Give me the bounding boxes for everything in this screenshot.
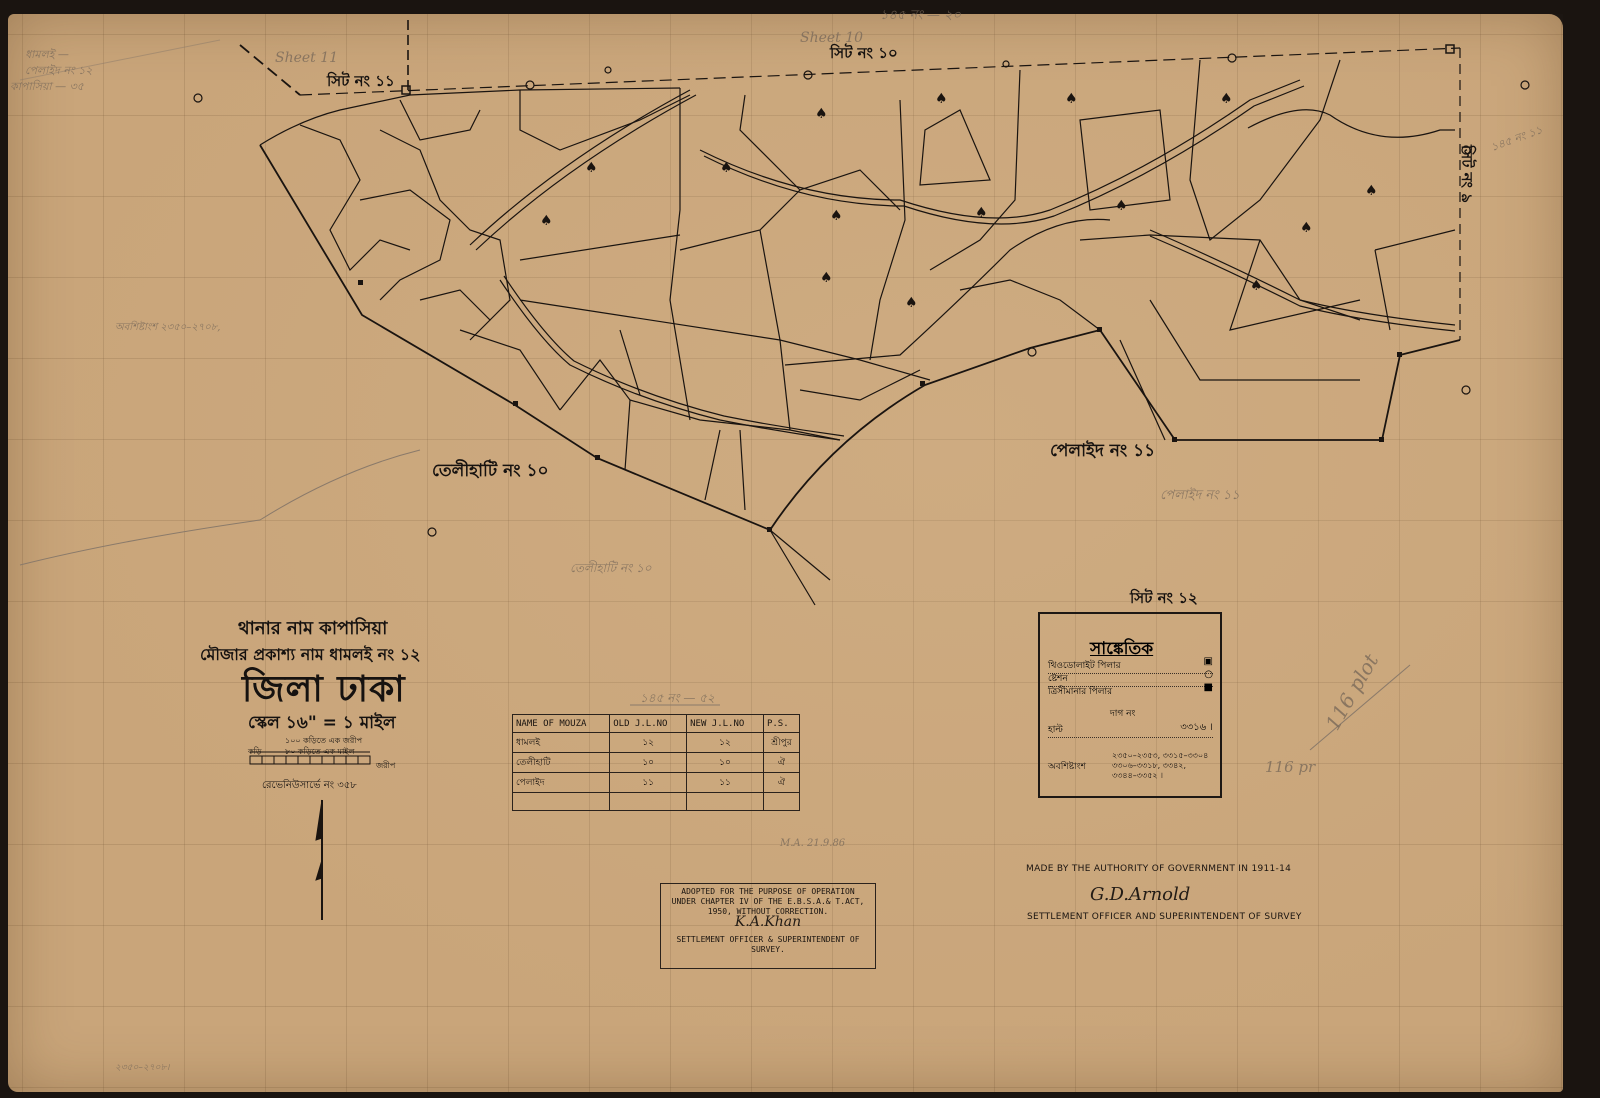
pencil-note: M.A. 21.9.86 bbox=[780, 838, 845, 849]
svg-text:♠: ♠ bbox=[1250, 278, 1263, 294]
col-header: OLD J.L.NO bbox=[610, 715, 687, 733]
cell: ঐ bbox=[763, 753, 799, 773]
svg-text:♠: ♠ bbox=[1220, 91, 1233, 107]
cell bbox=[610, 793, 687, 811]
officer-title: SETTLEMENT OFFICER AND SUPERINTENDENT OF… bbox=[1027, 912, 1302, 922]
thana-name: থানার নাম কাপাসিয়া bbox=[238, 614, 387, 645]
legend-box: সাঙ্কেতিক থিওডোলাইট পিলার▣ ষ্টেশন○ ত্রিস… bbox=[1038, 612, 1222, 798]
cell: ১১ bbox=[610, 773, 687, 793]
pencil-note: Sheet 10 bbox=[800, 30, 863, 46]
cell: শ্রীপুর bbox=[763, 733, 799, 753]
svg-text:♠: ♠ bbox=[1300, 220, 1313, 236]
cell: ১২ bbox=[610, 733, 687, 753]
table-row: পেলাইদ ১১ ১১ ঐ bbox=[513, 773, 800, 793]
legend-label: দাগ নং bbox=[1110, 709, 1135, 719]
table-row bbox=[513, 793, 800, 811]
legend-label: ষ্টেশন bbox=[1048, 674, 1068, 684]
table-row: তেলীহাটি ১০ ১০ ঐ bbox=[513, 753, 800, 773]
legend-row: দাগ নং bbox=[1110, 706, 1170, 721]
cell: ১০ bbox=[687, 753, 764, 773]
sheet-label-11: সিট নং ১১ bbox=[327, 70, 395, 95]
pencil-note: ১৪৫ নং — ৫২ bbox=[640, 690, 715, 710]
stamp-line: SURVEY. bbox=[661, 945, 875, 955]
sheet-label-12: সিট নং ১২ bbox=[1130, 587, 1198, 612]
svg-text:♠: ♠ bbox=[905, 295, 918, 311]
station-icon: ○ bbox=[1204, 669, 1213, 680]
col-header: NEW J.L.NO bbox=[687, 715, 764, 733]
cell: পেলাইদ bbox=[513, 773, 610, 793]
tri-junction-pillar-icon: ■ bbox=[1204, 682, 1213, 693]
cell bbox=[763, 793, 799, 811]
stamp-line: SETTLEMENT OFFICER & SUPERINTENDENT OF bbox=[661, 935, 875, 945]
svg-text:♠: ♠ bbox=[1365, 183, 1378, 199]
legend-row: হাল্ট৩৩১৬ । bbox=[1048, 722, 1213, 738]
pencil-note: অবশিষ্টাংশ ২৩৫০–২৭০৮, bbox=[115, 320, 220, 337]
pencil-note: Sheet 11 bbox=[275, 50, 338, 66]
table-row: ধামলই ১২ ১২ শ্রীপুর bbox=[513, 733, 800, 753]
scale-end-label: জরীপ bbox=[376, 760, 395, 773]
scale-note-2: ৮০ কড়িতে এক মাইল bbox=[285, 746, 354, 759]
adoption-stamp: ADOPTED FOR THE PURPOSE OF OPERATION UND… bbox=[660, 883, 876, 969]
cell bbox=[513, 793, 610, 811]
theodolite-pillar-icon: ▣ bbox=[1204, 656, 1213, 667]
table-header-row: NAME OF MOUZA OLD J.L.NO NEW J.L.NO P.S. bbox=[513, 715, 800, 733]
stamp-line: ADOPTED FOR THE PURPOSE OF OPERATION bbox=[661, 887, 875, 897]
col-header: NAME OF MOUZA bbox=[513, 715, 610, 733]
svg-text:♠: ♠ bbox=[540, 213, 553, 229]
adjacent-mouza-pelaid: পেলাইদ নং ১১ bbox=[1050, 438, 1155, 466]
traverse-number: রেভেনিউসার্ভে নং ৩৫৮ bbox=[262, 778, 357, 795]
legend-label: থিওডোলাইট পিলার bbox=[1048, 661, 1121, 671]
pencil-note: তেলীহাটি নং ১০ bbox=[570, 560, 652, 580]
cell bbox=[687, 793, 764, 811]
cell: ১১ bbox=[687, 773, 764, 793]
authority-text: MADE BY THE AUTHORITY OF GOVERNMENT IN 1… bbox=[1026, 864, 1291, 874]
legend-footnote-value: ৩৩৪৪–৩৩৫২ । bbox=[1112, 770, 1163, 783]
pencil-note: কাপাসিয়া — ৩৫ bbox=[10, 78, 84, 97]
svg-text:♠: ♠ bbox=[585, 160, 598, 176]
scale-unit: কড়ি bbox=[248, 746, 262, 759]
mouza-table: NAME OF MOUZA OLD J.L.NO NEW J.L.NO P.S.… bbox=[512, 714, 800, 811]
adjacent-mouza-telihati: তেলীহাটি নং ১০ bbox=[432, 458, 549, 486]
map-scale: স্কেল ১৬" = ১ মাইল bbox=[248, 710, 396, 738]
north-arrow bbox=[316, 800, 322, 920]
svg-text:♠: ♠ bbox=[720, 160, 733, 176]
cell: ঐ bbox=[763, 773, 799, 793]
legend-footnote-label: অবশিষ্টাংশ bbox=[1048, 759, 1086, 774]
cell: ১০ bbox=[610, 753, 687, 773]
legend-label: ত্রিসীমানার পিলার bbox=[1048, 687, 1112, 697]
legend-value: ৩৩১৬ । bbox=[1180, 720, 1213, 737]
svg-text:♠: ♠ bbox=[830, 208, 843, 224]
pencil-note: পেলাইদ নং ১১ bbox=[1160, 486, 1240, 507]
legend-label: হাল্ট bbox=[1048, 725, 1063, 735]
stamp-signature: K.A.Khan bbox=[661, 917, 875, 935]
legend-row: ত্রিসীমানার পিলার■ bbox=[1048, 684, 1213, 699]
svg-text:♠: ♠ bbox=[1065, 91, 1078, 107]
pencil-note: ২৩৫০–২৭০৮। bbox=[115, 1060, 170, 1075]
cell: ১২ bbox=[687, 733, 764, 753]
stamp-line: UNDER CHAPTER IV OF THE E.B.S.A.& T.ACT, bbox=[661, 897, 875, 907]
svg-text:♠: ♠ bbox=[820, 270, 833, 286]
cell: ধামলই bbox=[513, 733, 610, 753]
pencil-note: 116 pr bbox=[1265, 758, 1315, 776]
col-header: P.S. bbox=[763, 715, 799, 733]
svg-text:♠: ♠ bbox=[815, 106, 828, 122]
pencil-note: ১৪৫ নং — ২০ bbox=[880, 6, 961, 27]
sheet-label-9: সিট নং ৯ bbox=[1453, 145, 1478, 203]
svg-text:♠: ♠ bbox=[1115, 198, 1128, 214]
svg-text:♠: ♠ bbox=[935, 91, 948, 107]
cell: তেলীহাটি bbox=[513, 753, 610, 773]
svg-text:♠: ♠ bbox=[975, 205, 988, 221]
authority-signature: G.D.Arnold bbox=[1090, 884, 1190, 905]
